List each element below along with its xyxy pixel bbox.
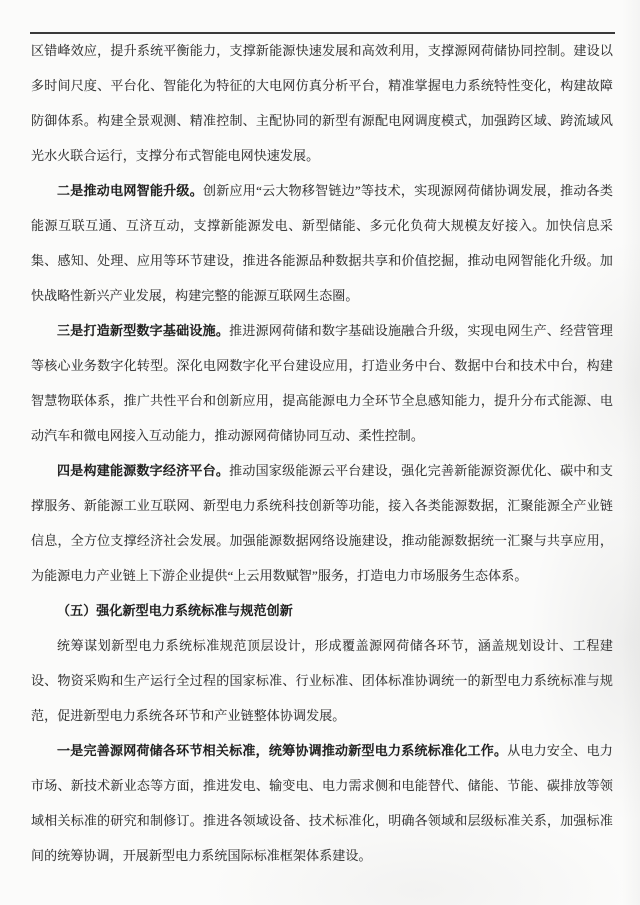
paragraph-text: 区错峰效应，提升系统平衡能力，支撑新能源快速发展和高效利用，支撑源网荷储协同控制… [31, 43, 613, 163]
paragraph-continuation: 区错峰效应，提升系统平衡能力，支撑新能源快速发展和高效利用，支撑源网荷储协同控制… [31, 33, 613, 173]
paragraph-lead: 二是推动电网智能升级。 [57, 183, 203, 198]
paragraph-standards-overview: 统筹谋划新型电力系统标准规范顶层设计，形成覆盖源网荷储各环节，涵盖规划设计、工程… [31, 628, 613, 733]
paragraph-digital-economy-platform: 四是构建能源数字经济平台。推动国家级能源云平台建设，强化完善新能源资源优化、碳中… [31, 453, 613, 593]
document-page: { "page": { "bg_color": "#fbfbfa", "text… [0, 0, 640, 905]
heading-text: （五）强化新型电力系统标准与规范创新 [57, 603, 293, 618]
paragraph-text: 创新应用“云大物移智链边”等技术，实现源网荷储协调发展，推动各类能源互联互通、互… [31, 183, 613, 303]
paragraph-digital-infrastructure: 三是打造新型数字基础设施。推进源网荷储和数字基础设施融合升级，实现电网生产、经营… [31, 313, 613, 453]
section-heading-five: （五）强化新型电力系统标准与规范创新 [31, 593, 613, 628]
paragraph-lead: 四是构建能源数字经济平台。 [57, 463, 229, 478]
document-body: 区错峰效应，提升系统平衡能力，支撑新能源快速发展和高效利用，支撑源网荷储协同控制… [31, 33, 613, 873]
paragraph-text: 推动国家级能源云平台建设，强化完善新能源资源优化、碳中和支撑服务、新能源工业互联… [31, 463, 613, 583]
paragraph-lead: 三是打造新型数字基础设施。 [57, 323, 229, 338]
paragraph-text: 统筹谋划新型电力系统标准规范顶层设计，形成覆盖源网荷储各环节，涵盖规划设计、工程… [31, 638, 613, 723]
paragraph-text: 从电力安全、电力市场、新技术新业态等方面，推进发电、输变电、电力需求侧和电能替代… [31, 743, 613, 863]
paragraph-lead: 一是完善源网荷储各环节相关标准，统筹协调推动新型电力系统标准化工作。 [57, 743, 507, 758]
paragraph-standards-improvement: 一是完善源网荷储各环节相关标准，统筹协调推动新型电力系统标准化工作。从电力安全、… [31, 733, 613, 873]
paragraph-text: 推进源网荷储和数字基础设施融合升级，实现电网生产、经营管理等核心业务数字化转型。… [31, 323, 613, 443]
paragraph-grid-intelligence: 二是推动电网智能升级。创新应用“云大物移智链边”等技术，实现源网荷储协调发展，推… [31, 173, 613, 313]
